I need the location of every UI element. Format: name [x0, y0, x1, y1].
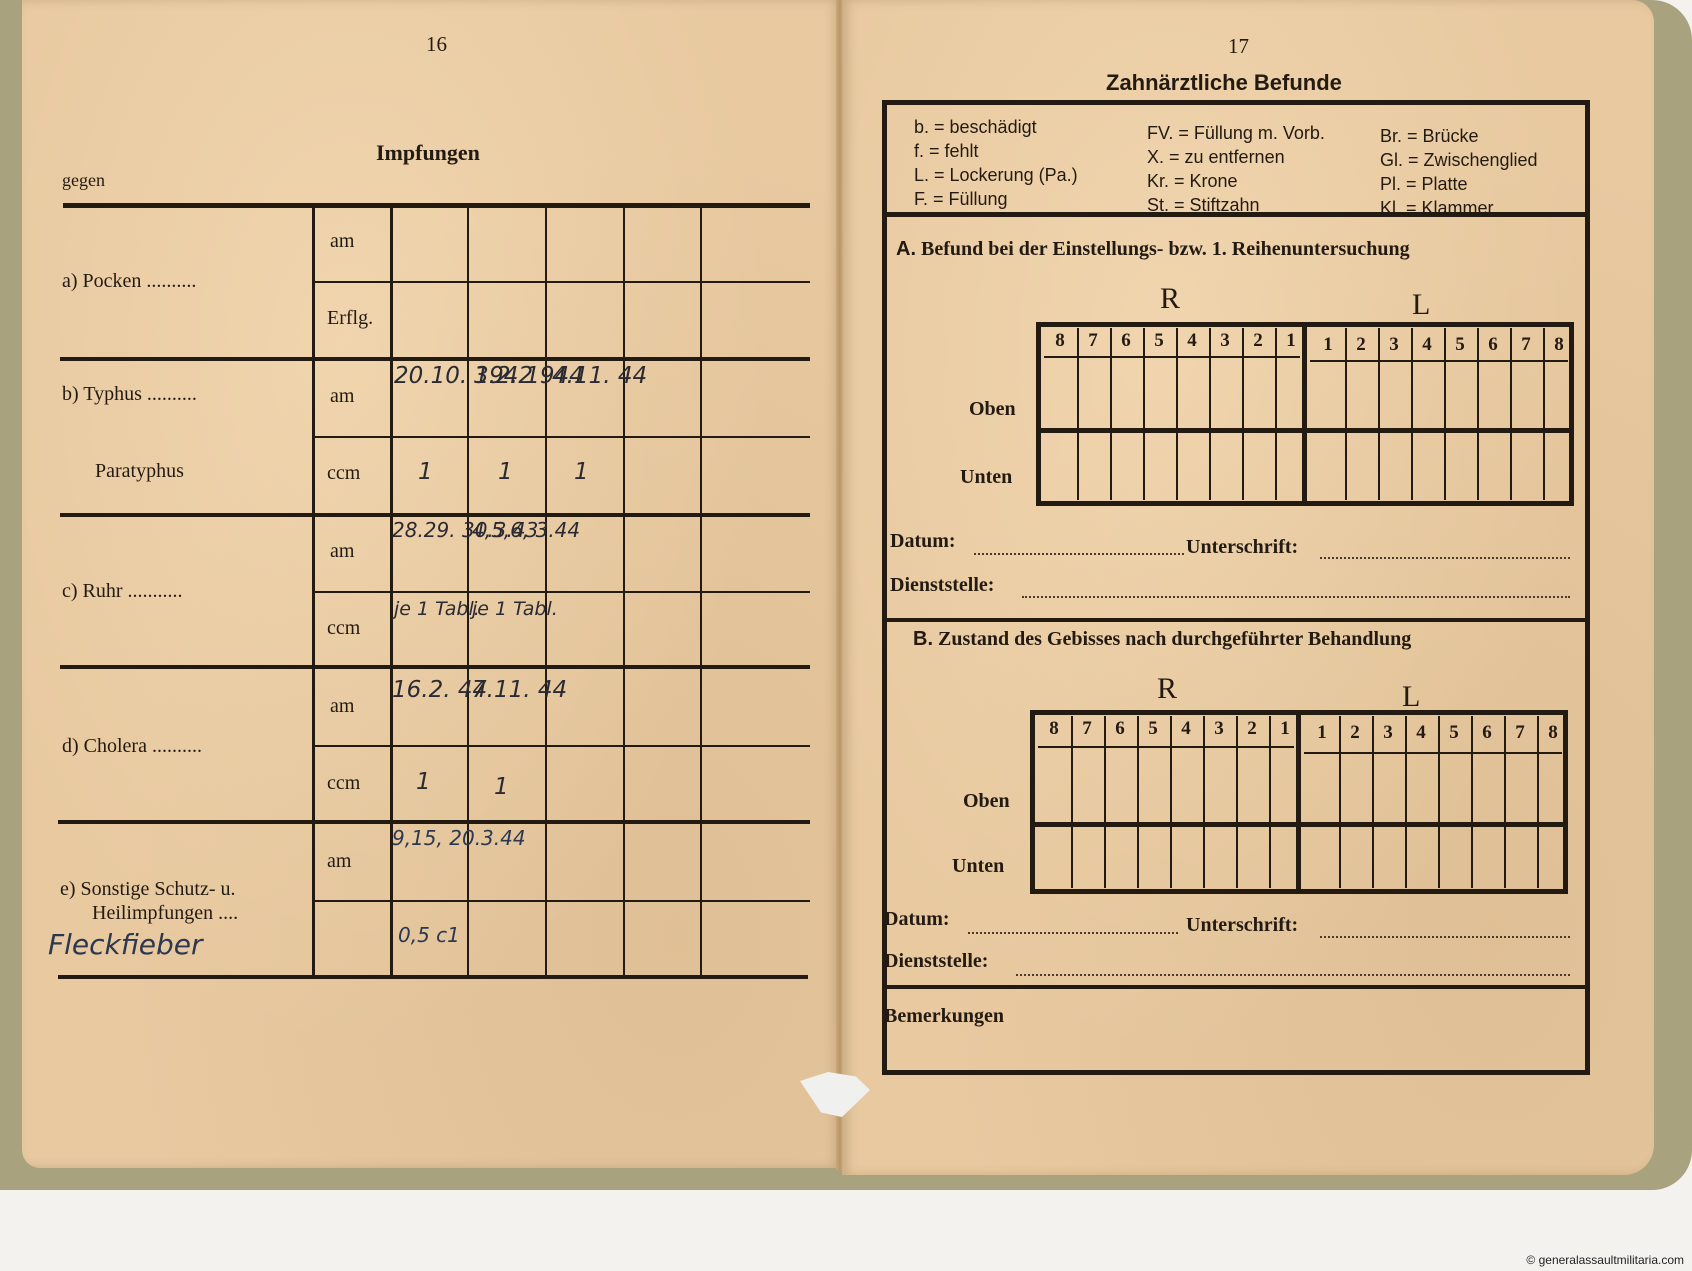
form-rule	[882, 985, 1590, 989]
vaccine-label-smallpox: a) Pocken ..........	[62, 270, 196, 293]
lower-tooth-cell[interactable]	[1110, 434, 1143, 498]
legend-item: Br. = Brücke	[1380, 124, 1538, 148]
lower-tooth-cell[interactable]	[1339, 822, 1372, 886]
sublabel-date: am	[330, 230, 354, 253]
tooth-number: 1	[1275, 330, 1307, 352]
tooth-number: 5	[1137, 718, 1169, 740]
upper-tooth-cell[interactable]	[1170, 750, 1203, 814]
office-label: Dienststelle:	[890, 574, 994, 597]
upper-tooth-cell[interactable]	[1044, 362, 1077, 426]
handwritten-entry: 16.2. 44	[392, 678, 464, 702]
legend-item: Pl. = Platte	[1380, 172, 1538, 196]
lower-tooth-cell[interactable]	[1438, 822, 1471, 886]
upper-tooth-cell[interactable]	[1275, 362, 1308, 426]
date-label: Datum:	[884, 908, 950, 931]
tooth-number: 3	[1203, 718, 1235, 740]
sublabel-date: am	[330, 695, 354, 718]
book-gutter	[836, 0, 844, 1170]
lower-tooth-cell[interactable]	[1411, 434, 1444, 498]
date-label: Datum:	[890, 530, 956, 553]
lower-tooth-cell[interactable]	[1104, 822, 1137, 886]
tooth-number: 2	[1242, 330, 1274, 352]
upper-tooth-cell[interactable]	[1405, 750, 1438, 814]
table-rule	[60, 665, 810, 669]
lower-tooth-cell[interactable]	[1504, 822, 1537, 886]
page-title-vaccinations: Impfungen	[376, 140, 480, 166]
handwritten-entry: 1	[494, 775, 509, 799]
upper-tooth-cell[interactable]	[1378, 362, 1411, 426]
lower-tooth-cell[interactable]	[1405, 822, 1438, 886]
upper-tooth-cell[interactable]	[1143, 362, 1176, 426]
signature-field[interactable]	[1320, 936, 1570, 938]
section-b-heading: B. Zustand des Gebisses nach durchgeführ…	[913, 628, 1411, 651]
tooth-number: 1	[1306, 722, 1338, 744]
lower-tooth-cell[interactable]	[1209, 434, 1242, 498]
legend-item: Gl. = Zwischenglied	[1380, 148, 1538, 172]
handwritten-entry: 1	[418, 460, 433, 484]
table-col-rule	[312, 207, 315, 975]
sublabel-date: am	[330, 540, 354, 563]
lower-tooth-cell[interactable]	[1176, 434, 1209, 498]
upper-tooth-cell[interactable]	[1071, 750, 1104, 814]
legend-item: L. = Lockerung (Pa.)	[914, 163, 1078, 187]
vaccine-label-cholera: d) Cholera ..........	[62, 735, 202, 758]
lower-tooth-cell[interactable]	[1077, 434, 1110, 498]
tooth-number: 2	[1345, 334, 1377, 356]
upper-jaw-label: Oben	[969, 398, 1016, 421]
upper-tooth-cell[interactable]	[1242, 362, 1275, 426]
tooth-number: 7	[1077, 330, 1109, 352]
section-a-heading: A. Befund bei der Einstellungs- bzw. 1. …	[896, 238, 1410, 261]
lower-tooth-cell[interactable]	[1137, 822, 1170, 886]
tooth-number: 5	[1143, 330, 1175, 352]
lower-tooth-cell[interactable]	[1203, 822, 1236, 886]
tooth-number: 8	[1537, 722, 1569, 744]
tooth-number-rule	[1044, 356, 1300, 358]
handwritten-entry: je 1 Tabl.	[472, 600, 542, 620]
lower-tooth-cell[interactable]	[1143, 434, 1176, 498]
tooth-number: 4	[1170, 718, 1202, 740]
lower-tooth-cell[interactable]	[1269, 822, 1302, 886]
legend-item: St. = Stiftzahn	[1147, 193, 1325, 217]
upper-tooth-cell[interactable]	[1438, 750, 1471, 814]
handwritten-entry: 1	[416, 770, 431, 794]
tooth-number: 1	[1312, 334, 1344, 356]
upper-tooth-cell[interactable]	[1236, 750, 1269, 814]
lower-tooth-cell[interactable]	[1170, 822, 1203, 886]
table-col-rule	[467, 207, 469, 975]
tooth-number: 8	[1044, 330, 1076, 352]
section-a-letter: A.	[896, 238, 916, 260]
tooth-number: 2	[1339, 722, 1371, 744]
tooth-number-rule	[1038, 746, 1294, 748]
upper-tooth-cell[interactable]	[1510, 362, 1543, 426]
handwritten-entry: 7.11. 44	[472, 678, 540, 702]
upper-tooth-cell[interactable]	[1038, 750, 1071, 814]
lower-tooth-cell[interactable]	[1444, 434, 1477, 498]
office-label: Dienststelle:	[884, 950, 988, 973]
handwritten-entry: 4.11. 44	[552, 364, 616, 388]
section-b-title: Zustand des Gebisses nach durchgeführter…	[938, 628, 1411, 650]
against-label: gegen	[62, 170, 105, 191]
remarks-label: Bemerkungen	[884, 1005, 1004, 1028]
handwritten-entry: 3.2. 1944	[474, 364, 542, 388]
legend-column-3: Br. = Brücke Gl. = Zwischenglied Pl. = P…	[1380, 124, 1538, 220]
tooth-number: 3	[1378, 334, 1410, 356]
table-rule	[63, 203, 810, 208]
tooth-number: 7	[1071, 718, 1103, 740]
lower-tooth-cell[interactable]	[1471, 822, 1504, 886]
upper-tooth-cell[interactable]	[1209, 362, 1242, 426]
legend-item: b. = beschädigt	[914, 115, 1078, 139]
tooth-number: 6	[1477, 334, 1509, 356]
legend-column-1: b. = beschädigt f. = fehlt L. = Lockerun…	[914, 115, 1078, 211]
upper-tooth-cell[interactable]	[1471, 750, 1504, 814]
lower-tooth-cell[interactable]	[1071, 822, 1104, 886]
right-side-label: R	[1157, 672, 1177, 706]
vaccine-label-other-2: Heilimpfungen ....	[92, 902, 238, 925]
jaw-divider	[1038, 428, 1572, 433]
table-rule	[58, 975, 808, 979]
upper-tooth-cell[interactable]	[1312, 362, 1345, 426]
sublabel-result: Erflg.	[327, 307, 373, 330]
sublabel-date: am	[327, 850, 351, 873]
tooth-number: 3	[1372, 722, 1404, 744]
upper-tooth-cell[interactable]	[1110, 362, 1143, 426]
section-b-letter: B.	[913, 628, 933, 650]
tooth-number: 2	[1236, 718, 1268, 740]
handwritten-entry: 0,5 c1	[398, 925, 460, 946]
upper-tooth-cell[interactable]	[1477, 362, 1510, 426]
upper-tooth-cell[interactable]	[1077, 362, 1110, 426]
handwritten-typhus-fever: Fleckfieber	[48, 930, 203, 959]
tooth-number: 4	[1405, 722, 1437, 744]
lower-tooth-cell[interactable]	[1242, 434, 1275, 498]
signature-label: Unterschrift:	[1186, 914, 1298, 937]
upper-tooth-cell[interactable]	[1444, 362, 1477, 426]
lower-jaw-label: Unten	[960, 466, 1012, 489]
date-field[interactable]	[968, 932, 1178, 934]
upper-tooth-cell[interactable]	[1504, 750, 1537, 814]
vaccine-label-dysentery: c) Ruhr ...........	[62, 580, 183, 603]
page-number-right: 17	[1228, 34, 1249, 59]
handwritten-entry: 1	[498, 460, 513, 484]
upper-tooth-cell[interactable]	[1104, 750, 1137, 814]
tooth-number: 7	[1504, 722, 1536, 744]
tooth-number: 4	[1411, 334, 1443, 356]
upper-tooth-cell[interactable]	[1372, 750, 1405, 814]
copyright-watermark: © generalassaultmilitaria.com	[1526, 1253, 1684, 1267]
lower-tooth-cell[interactable]	[1510, 434, 1543, 498]
upper-tooth-cell[interactable]	[1345, 362, 1378, 426]
handwritten-entry: 28.29. 30.3.43	[392, 520, 466, 541]
office-field[interactable]	[1022, 596, 1570, 598]
table-rule	[60, 357, 810, 361]
vaccine-label-typhus: b) Typhus ..........	[62, 383, 197, 406]
left-side-label: L	[1412, 288, 1430, 322]
section-a-title: Befund bei der Einstellungs- bzw. 1. Rei…	[921, 238, 1410, 260]
lower-tooth-cell[interactable]	[1345, 434, 1378, 498]
upper-tooth-cell[interactable]	[1306, 750, 1339, 814]
sublabel-dose: ccm	[327, 617, 360, 640]
table-col-rule	[700, 207, 702, 975]
tooth-number: 4	[1176, 330, 1208, 352]
vaccine-label-paratyphus: Paratyphus	[95, 460, 184, 483]
lower-tooth-cell[interactable]	[1543, 434, 1576, 498]
upper-tooth-cell[interactable]	[1411, 362, 1444, 426]
left-side-label: L	[1402, 680, 1420, 714]
tooth-number: 5	[1444, 334, 1476, 356]
tooth-number: 5	[1438, 722, 1470, 744]
legend-item: F. = Füllung	[914, 187, 1078, 211]
sublabel-dose: ccm	[327, 772, 360, 795]
handwritten-entry: 1	[574, 460, 589, 484]
lower-tooth-cell[interactable]	[1537, 822, 1570, 886]
legend-item: f. = fehlt	[914, 139, 1078, 163]
upper-tooth-cell[interactable]	[1137, 750, 1170, 814]
tooth-number: 8	[1038, 718, 1070, 740]
legend-item: Kr. = Krone	[1147, 169, 1325, 193]
lower-tooth-cell[interactable]	[1275, 434, 1308, 498]
legend-item: X. = zu entfernen	[1147, 145, 1325, 169]
lower-tooth-cell[interactable]	[1378, 434, 1411, 498]
upper-tooth-cell[interactable]	[1269, 750, 1302, 814]
upper-jaw-label: Oben	[963, 790, 1010, 813]
handwritten-entry: 4,5,6, 3.44	[472, 520, 542, 541]
sublabel-date: am	[330, 385, 354, 408]
tooth-number: 3	[1209, 330, 1241, 352]
signature-label: Unterschrift:	[1186, 536, 1298, 559]
legend-item: Kl. = Klammer	[1380, 196, 1538, 220]
upper-tooth-cell[interactable]	[1537, 750, 1570, 814]
upper-tooth-cell[interactable]	[1203, 750, 1236, 814]
table-col-rule	[623, 207, 625, 975]
lower-tooth-cell[interactable]	[1372, 822, 1405, 886]
table-col-rule	[390, 207, 393, 975]
handwritten-entry: 9,15, 20.3.44	[392, 828, 464, 849]
tooth-number: 6	[1471, 722, 1503, 744]
page-title-dental: Zahnärztliche Befunde	[1106, 70, 1342, 96]
lower-jaw-label: Unten	[952, 855, 1004, 878]
sublabel-dose: ccm	[327, 462, 360, 485]
tooth-number: 1	[1269, 718, 1301, 740]
handwritten-entry: je 1 Tabl.	[394, 600, 464, 620]
table-col-rule	[545, 207, 547, 975]
tooth-number: 6	[1110, 330, 1142, 352]
upper-tooth-cell[interactable]	[1543, 362, 1576, 426]
signature-field[interactable]	[1320, 557, 1570, 559]
lower-tooth-cell[interactable]	[1312, 434, 1345, 498]
office-field[interactable]	[1016, 974, 1570, 976]
upper-tooth-cell[interactable]	[1176, 362, 1209, 426]
upper-tooth-cell[interactable]	[1339, 750, 1372, 814]
lower-tooth-cell[interactable]	[1477, 434, 1510, 498]
lower-tooth-cell[interactable]	[1038, 822, 1071, 886]
table-rule	[60, 513, 810, 517]
legend-item: FV. = Füllung m. Vorb.	[1147, 121, 1325, 145]
date-field[interactable]	[974, 553, 1184, 555]
table-rule	[58, 820, 810, 824]
lower-tooth-cell[interactable]	[1306, 822, 1339, 886]
page-number-left: 16	[426, 32, 447, 57]
vaccine-label-other: e) Sonstige Schutz- u.	[60, 878, 236, 901]
legend-column-2: FV. = Füllung m. Vorb. X. = zu entfernen…	[1147, 121, 1325, 217]
remarks-field[interactable]	[884, 1030, 1584, 1070]
tooth-number: 6	[1104, 718, 1136, 740]
lower-tooth-cell[interactable]	[1044, 434, 1077, 498]
handwritten-entry: 20.10. 1942	[394, 364, 466, 388]
tooth-number: 7	[1510, 334, 1542, 356]
tooth-number: 8	[1543, 334, 1575, 356]
lower-tooth-cell[interactable]	[1236, 822, 1269, 886]
form-rule	[882, 618, 1590, 622]
right-side-label: R	[1160, 282, 1180, 316]
